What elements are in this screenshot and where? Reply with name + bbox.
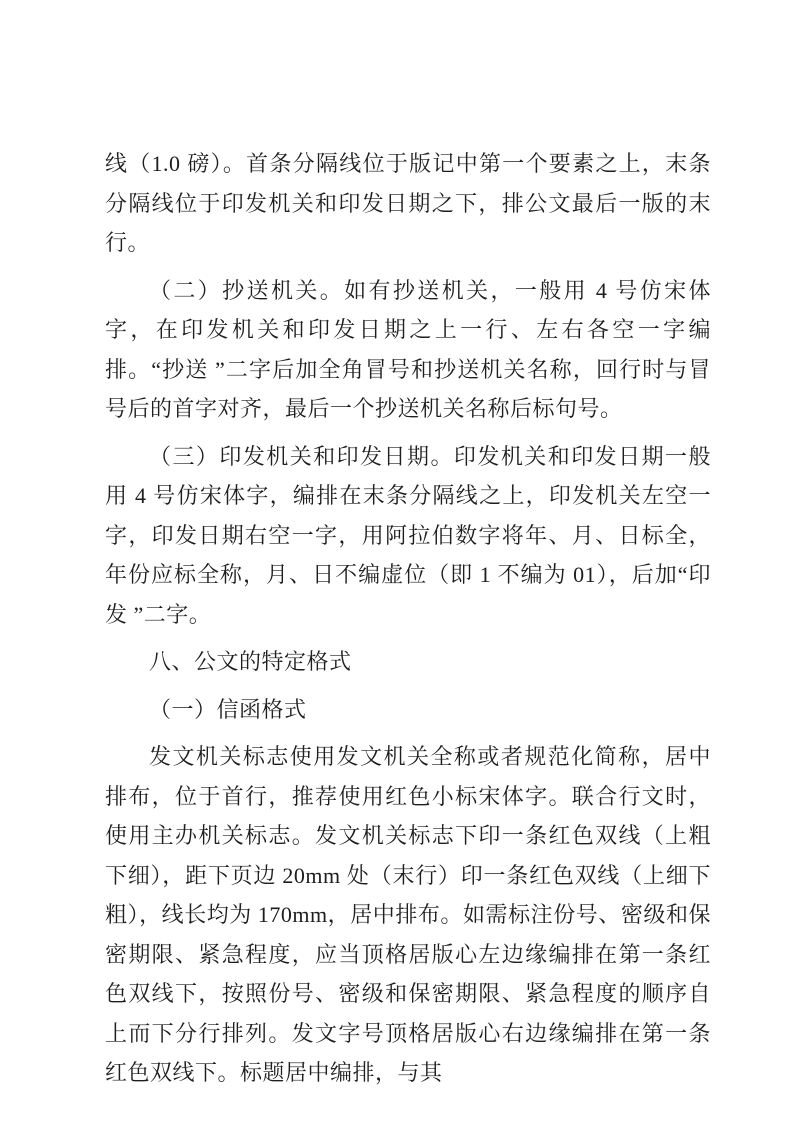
subsection-heading-letter-format: （一）信函格式: [105, 690, 711, 730]
paragraph-copy-to-organs: （二）抄送机关。如有抄送机关，一般用 4 号仿宋体字，在印发机关和印发日期之上一…: [105, 271, 711, 429]
section-heading-special-formats: 八、公文的特定格式: [105, 642, 711, 682]
document-body: 线（1.0 磅）。首条分隔线位于版记中第一个要素之上，末条分隔线位于印发机关和印…: [105, 144, 711, 1093]
paragraph-issuing-organ-and-date: （三）印发机关和印发日期。印发机关和印发日期一般用 4 号仿宋体字，编排在末条分…: [105, 437, 711, 635]
paragraph-continuation-separator-lines: 线（1.0 磅）。首条分隔线位于版记中第一个要素之上，末条分隔线位于印发机关和印…: [105, 144, 711, 263]
paragraph-letter-format-details: 发文机关标志使用发文机关全称或者规范化简称，居中排布，位于首行，推荐使用红色小标…: [105, 737, 711, 1093]
document-page: 线（1.0 磅）。首条分隔线位于版记中第一个要素之上，末条分隔线位于印发机关和印…: [0, 0, 793, 1122]
